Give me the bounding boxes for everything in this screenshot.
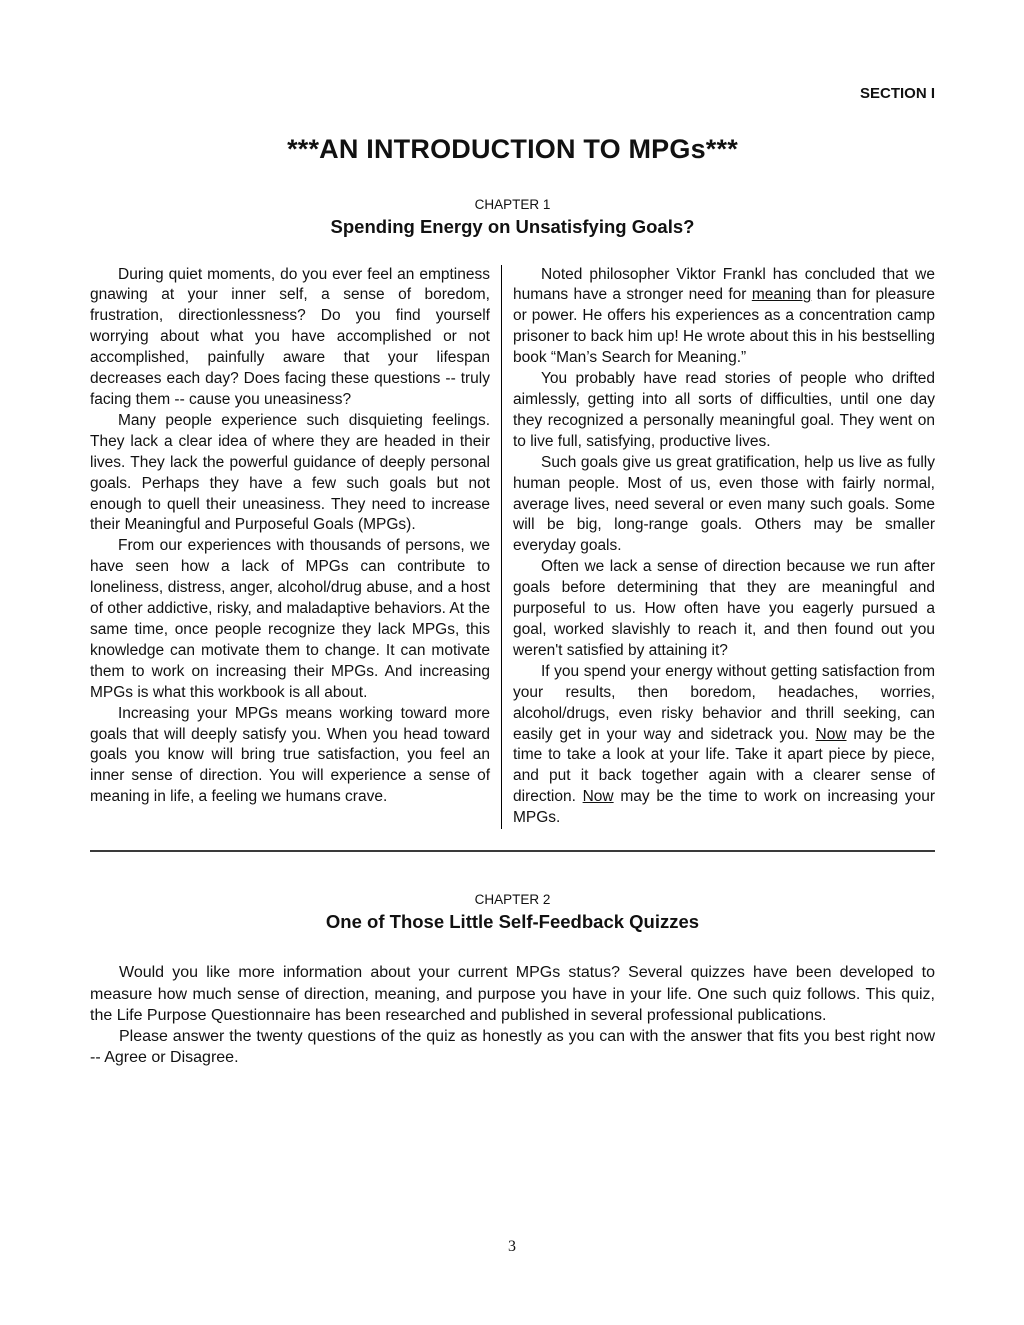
paragraph: If you spend your energy without getting… bbox=[513, 662, 935, 829]
chapter2-body: Would you like more information about yo… bbox=[90, 962, 935, 1068]
paragraph: Often we lack a sense of direction becau… bbox=[513, 557, 935, 662]
page-number: 3 bbox=[0, 1238, 1024, 1256]
section-rule bbox=[90, 850, 935, 852]
chapter2-kicker: CHAPTER 2 bbox=[90, 892, 935, 908]
paragraph: Noted philosopher Viktor Frankl has conc… bbox=[513, 265, 935, 370]
page-title: ***AN INTRODUCTION TO MPGs*** bbox=[90, 135, 935, 165]
paragraph: Please answer the twenty questions of th… bbox=[90, 1026, 935, 1068]
paragraph: Would you like more information about yo… bbox=[90, 962, 935, 1026]
paragraph: Such goals give us great gratification, … bbox=[513, 453, 935, 558]
section-label: SECTION I bbox=[90, 86, 935, 103]
paragraph: Increasing your MPGs means working towar… bbox=[90, 704, 490, 809]
chapter1-kicker: CHAPTER 1 bbox=[90, 197, 935, 213]
two-column-body: During quiet moments, do you ever feel a… bbox=[90, 265, 935, 829]
paragraph: During quiet moments, do you ever feel a… bbox=[90, 265, 490, 411]
paragraph: From our experiences with thousands of p… bbox=[90, 536, 490, 703]
paragraph: Many people experience such disquieting … bbox=[90, 411, 490, 536]
right-column: Noted philosopher Viktor Frankl has conc… bbox=[502, 265, 935, 829]
chapter1-title: Spending Energy on Unsatisfying Goals? bbox=[90, 216, 935, 238]
chapter2-title: One of Those Little Self-Feedback Quizze… bbox=[90, 911, 935, 933]
document-page: SECTION I ***AN INTRODUCTION TO MPGs*** … bbox=[0, 0, 1024, 1325]
paragraph: You probably have read stories of people… bbox=[513, 369, 935, 453]
left-column: During quiet moments, do you ever feel a… bbox=[90, 265, 501, 829]
